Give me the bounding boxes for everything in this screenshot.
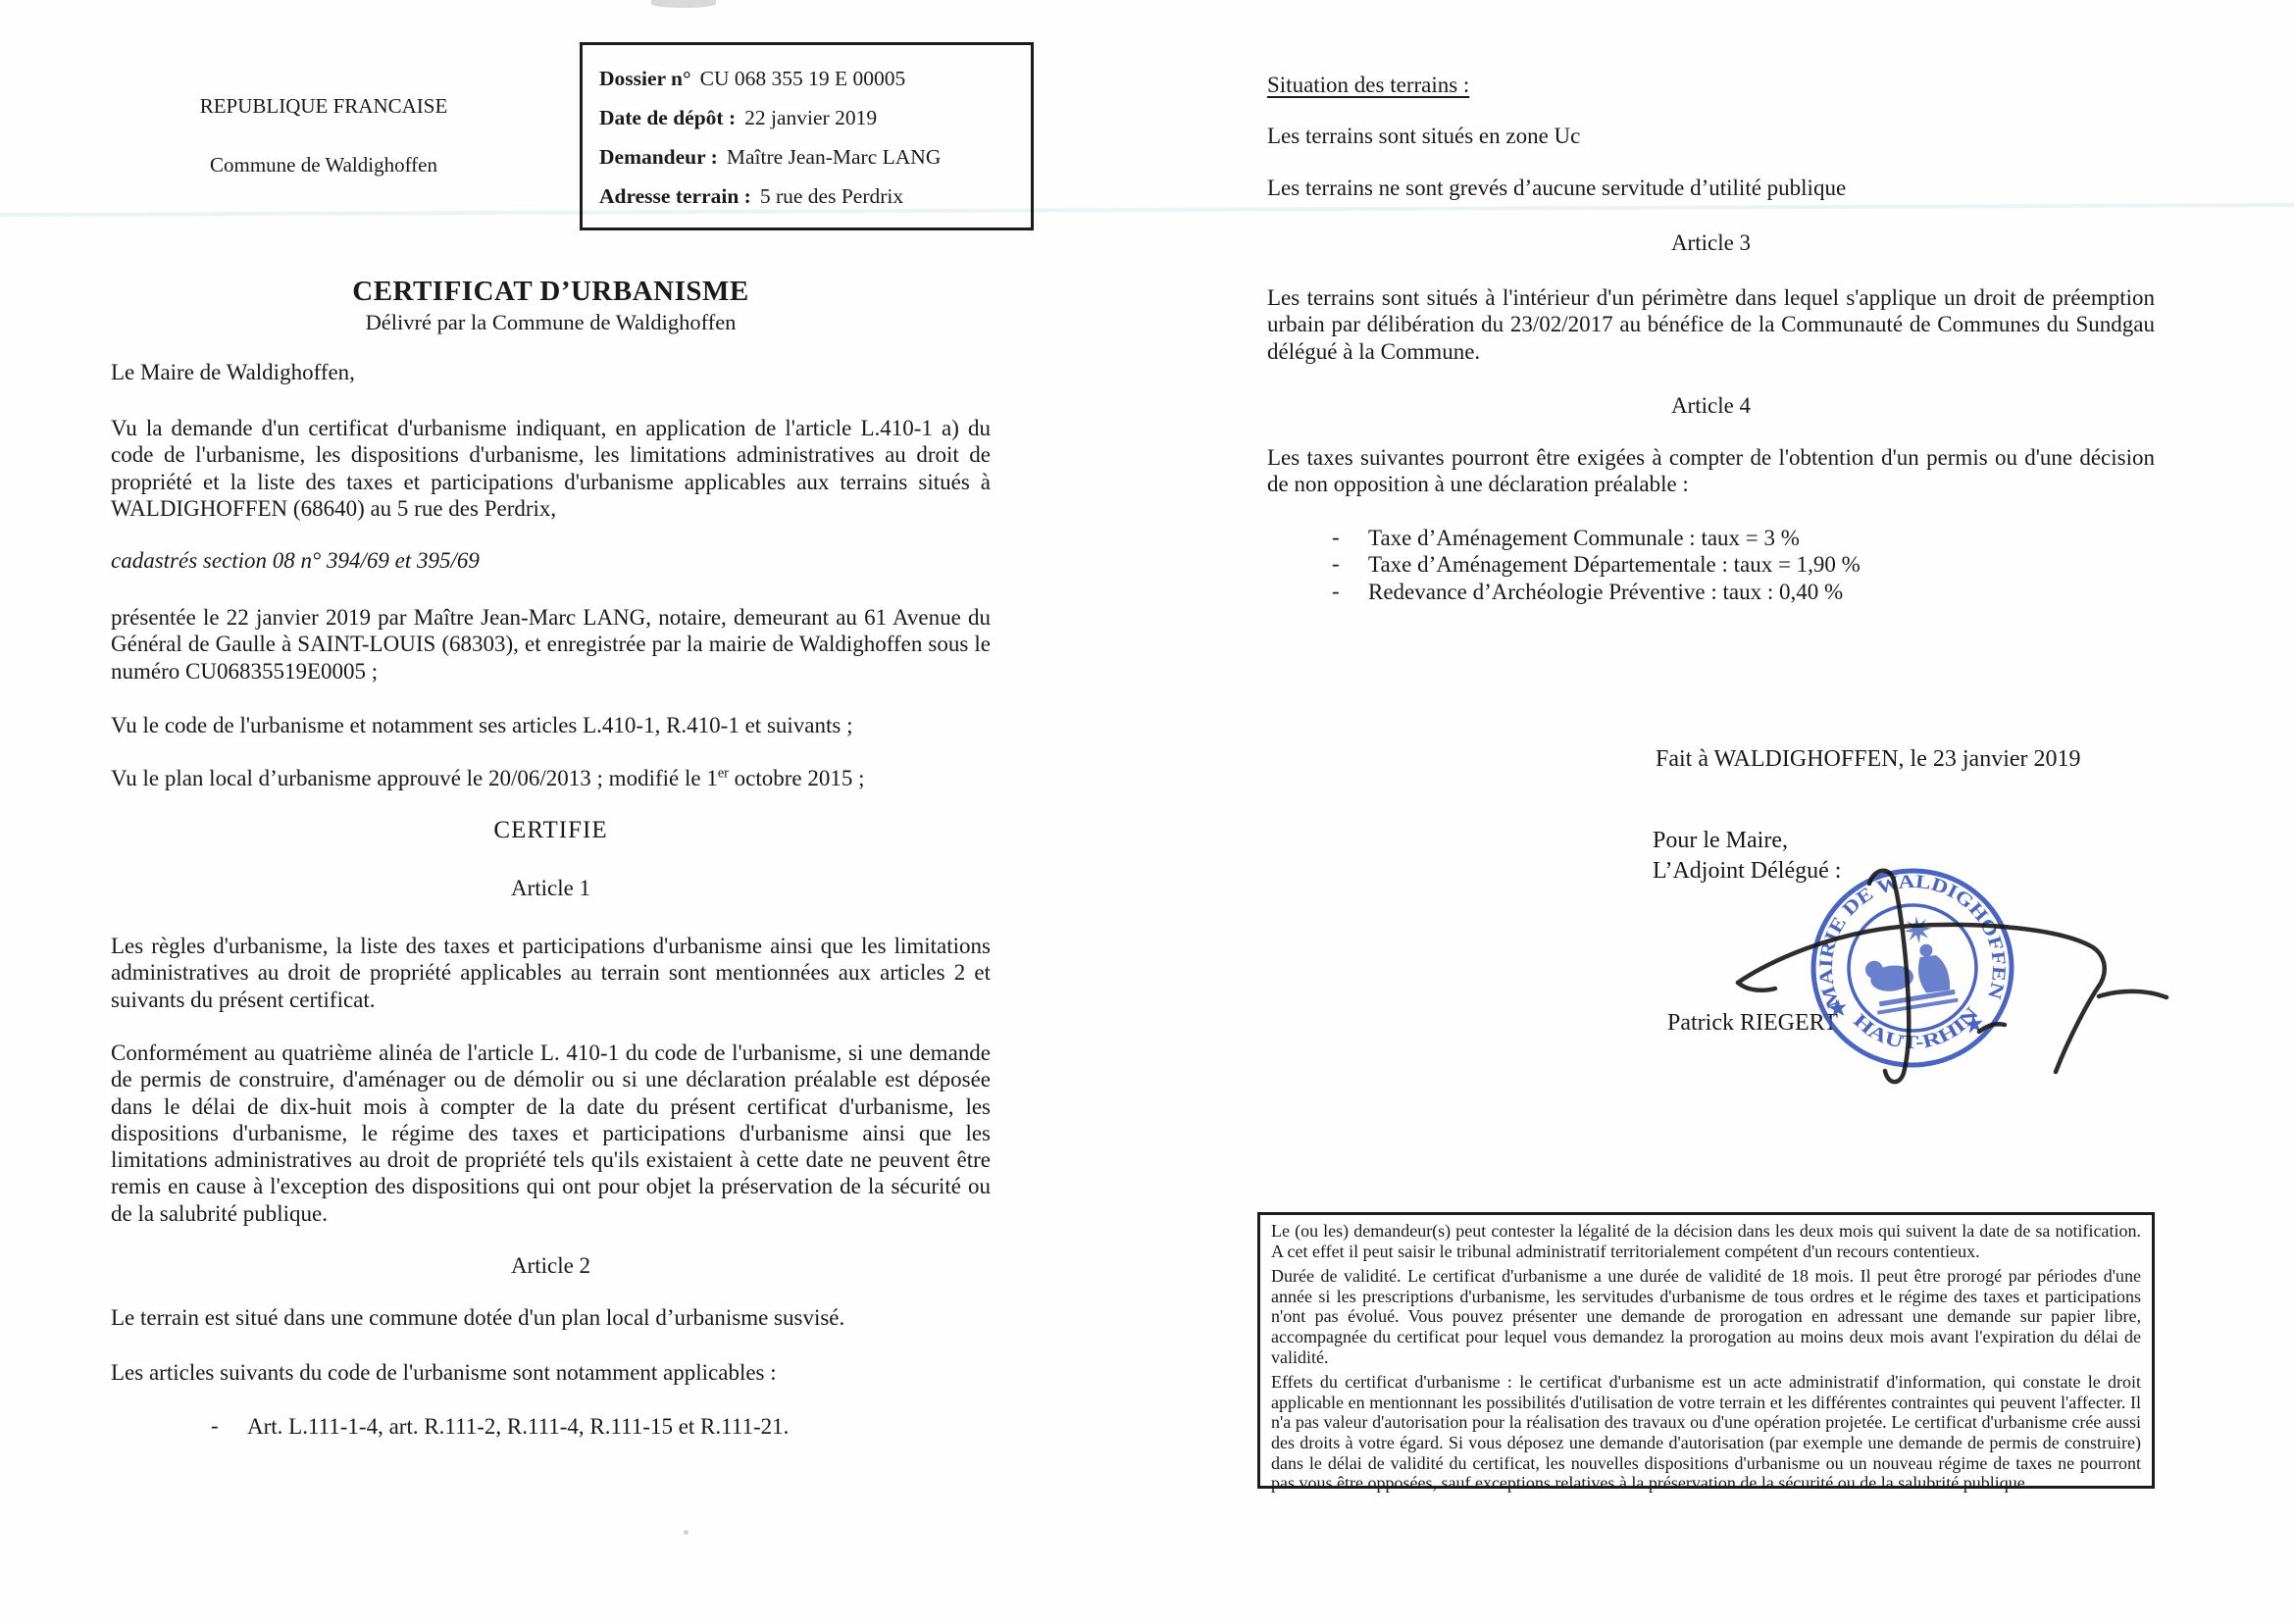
tax-item-departementale: Taxe d’Aménagement Départementale : taux… [1368,551,2143,578]
cadastre-line: cadastrés section 08 n° 394/69 et 395/69 [111,547,991,574]
article-3-paragraph: Les terrains sont situés à l'intérieur d… [1267,284,2155,365]
applicant-row: Demandeur :Maître Jean-Marc LANG [599,137,1031,177]
tax-item-communale: Taxe d’Aménagement Communale : taux = 3 … [1368,525,2143,551]
signature-start-hook [1738,983,1775,990]
presentee-paragraph: présentée le 22 janvier 2019 par Maître … [111,604,991,685]
page-subtitle: Délivré par la Commune de Waldighoffen [111,310,991,335]
article-3-heading: Article 3 [1267,230,2155,256]
applicant-label: Demandeur : [599,145,718,169]
article-1-heading: Article 1 [111,876,991,901]
opening-line: Le Maire de Waldighoffen, [111,359,991,385]
dossier-number-value: CU 068 355 19 E 00005 [700,67,906,90]
applicant-value: Maître Jean-Marc LANG [727,145,942,169]
tax-bullet-dash-2: - [1332,551,1340,577]
article-2-paragraph-1: Le terrain est situé dans une commune do… [111,1304,991,1331]
deposit-date-row: Date de dépôt :22 janvier 2019 [599,98,1031,137]
scan-artifact-smudge [651,0,716,8]
tax-item-archeologie: Redevance d’Archéologie Préventive : tau… [1368,579,2143,605]
legal-paragraph-effets: Effets du certificat d'urbanisme : le ce… [1271,1372,2141,1494]
fait-a-line: Fait à WALDIGHOFFEN, le 23 janvier 2019 [1656,746,2081,773]
stamp-and-signature: MAIRIE DE WALDIGHOFFEN HAUT-RHIN ★ ★ [1510,829,2197,1123]
article-4-heading: Article 4 [1267,393,2155,419]
article-1-paragraph-2: Conformément au quatrième alinéa de l'ar… [111,1040,991,1227]
tax-bullet-dash-3: - [1332,579,1340,604]
situation-heading: Situation des terrains : [1267,72,2155,98]
article-2-heading: Article 2 [111,1253,991,1279]
legal-notice-box: Le (ou les) demandeur(s) peut contester … [1257,1212,2155,1489]
certifie-heading: CERTIFIE [111,817,991,844]
scanned-certificate-page: REPUBLIQUE FRANCAISE Commune de Waldigho… [0,0,2294,1624]
deposit-date-label: Date de dépôt : [599,106,736,129]
article-2-paragraph-2: Les articles suivants du code de l'urban… [111,1359,991,1386]
vu-code-line: Vu le code de l'urbanisme et notamment s… [111,712,991,738]
terrain-address-value: 5 rue des Perdrix [760,184,903,208]
stamp-star-left-icon: ★ [1825,992,1851,1024]
commune-header: Commune de Waldighoffen [118,153,530,178]
terrain-address-row: Adresse terrain :5 rue des Perdrix [599,177,1031,216]
situation-line-1: Les terrains sont situés en zone Uc [1267,123,2155,149]
crest-figure-head [1919,943,1933,957]
situation-line-2: Les terrains ne sont grevés d’aucune ser… [1267,175,2155,201]
scan-artifact-line [0,203,2294,217]
vu-plan-sup: er [718,765,729,781]
page-title: CERTIFICAT D’URBANISME [111,276,991,308]
article-2-bullet-item: Art. L.111-1-4, art. R.111-2, R.111-4, R… [247,1413,993,1440]
article-4-paragraph: Les taxes suivantes pourront être exigée… [1267,444,2155,498]
crest-star-icon [1903,914,1933,944]
article-2-bullet-dash: - [211,1413,219,1439]
dossier-number-row: Dossier n°CU 068 355 19 E 00005 [599,59,1031,98]
legal-paragraph-duree: Durée de validité. Le certificat d'urban… [1271,1266,2141,1367]
scan-artifact-dot [684,1530,688,1535]
dossier-box: Dossier n°CU 068 355 19 E 00005 Date de … [580,42,1034,230]
stamp-star-right-icon: ★ [1962,1009,1987,1040]
vu-demande-paragraph: Vu la demande d'un certificat d'urbanism… [111,415,991,522]
tax-bullet-dash-1: - [1332,525,1340,550]
deposit-date-value: 22 janvier 2019 [744,106,877,129]
legal-paragraph-contest: Le (ou les) demandeur(s) peut contester … [1271,1221,2141,1261]
vu-plan-line: Vu le plan local d’urbanisme approuvé le… [111,765,991,791]
mairie-stamp: MAIRIE DE WALDIGHOFFEN HAUT-RHIN ★ ★ [1803,859,2023,1076]
article-1-paragraph-1: Les règles d'urbanisme, la liste des tax… [111,933,991,1013]
republic-header: REPUBLIQUE FRANCAISE [118,94,530,119]
terrain-address-label: Adresse terrain : [599,184,751,208]
vu-plan-pre: Vu le plan local d’urbanisme approuvé le… [111,766,718,790]
vu-plan-post: octobre 2015 ; [729,766,865,790]
crest-figure-body [1916,954,1951,993]
signature-right-dash [2099,991,2167,997]
dossier-number-label: Dossier n° [599,67,691,90]
